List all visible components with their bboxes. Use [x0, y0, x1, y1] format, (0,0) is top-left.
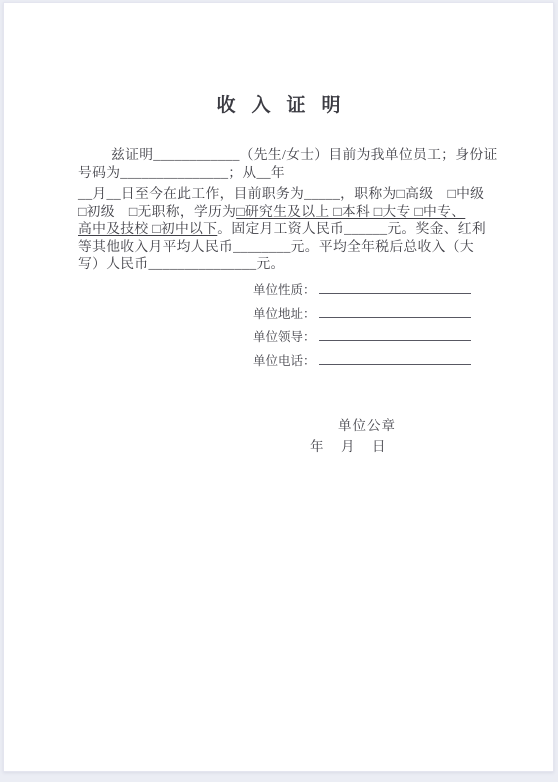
field-row-company-nature: 单位性质：	[253, 279, 471, 303]
body-text-segment: □初级 □无职称，学历为	[78, 204, 236, 219]
underlined-text-segment: □研究生及以上 □本科 □大专 □中专、	[236, 204, 465, 219]
company-seal-label: 单位公章	[338, 414, 396, 434]
body-line-6: 等其他收入月平均人民币________元。平均全年税后总收入（大	[78, 238, 508, 256]
body-text-segment: 兹证明____________（先生/女士）目前为我单位员工；身份证	[111, 147, 498, 162]
field-row-company-address: 单位地址：	[253, 303, 471, 327]
document-page: 收入证明 兹证明____________（先生/女士）目前为我单位员工；身份证 …	[3, 2, 554, 772]
body-text-segment: 等其他收入月平均人民币________元。平均全年税后总收入（大	[78, 239, 474, 254]
field-row-company-phone: 单位电话：	[253, 350, 471, 374]
body-text-segment: __月__日至今在此工作，目前职务为_____，职称为□高级 □中级	[78, 186, 484, 201]
body-text-segment: 号码为_______________；从__年	[78, 165, 285, 180]
body-line-7: 写）人民币_______________元。	[78, 255, 508, 273]
body-line-5: 高中及技校 □初中以下。固定月工资人民币______元。奖金、红利	[78, 220, 508, 238]
body-text-segment: 。固定月工资人民币______元。奖金、红利	[217, 221, 486, 236]
field-label: 单位领导：	[253, 330, 316, 344]
document-title: 收入证明	[4, 90, 553, 117]
field-blank-line	[319, 305, 471, 318]
field-blank-line	[319, 352, 471, 365]
body-text-segment: 写）人民币_______________元。	[78, 256, 285, 271]
body-line-2: 号码为_______________；从__年	[78, 164, 508, 182]
company-fields-section: 单位性质： 单位地址： 单位领导： 单位电话：	[253, 279, 471, 373]
body-line-3: __月__日至今在此工作，目前职务为_____，职称为□高级 □中级	[78, 185, 508, 203]
field-label: 单位地址：	[253, 307, 316, 321]
field-label: 单位电话：	[253, 354, 316, 368]
field-blank-line	[319, 328, 471, 341]
body-line-4: □初级 □无职称，学历为□研究生及以上 □本科 □大专 □中专、	[78, 203, 508, 221]
document-body: 兹证明____________（先生/女士）目前为我单位员工；身份证 号码为__…	[78, 146, 508, 273]
field-row-company-leader: 单位领导：	[253, 326, 471, 350]
field-label: 单位性质：	[253, 283, 316, 297]
body-line-1: 兹证明____________（先生/女士）目前为我单位员工；身份证	[78, 146, 508, 164]
date-line: 年 月 日	[310, 435, 388, 455]
underlined-text-segment: 高中及技校 □初中以下	[78, 221, 217, 236]
field-blank-line	[319, 281, 471, 294]
